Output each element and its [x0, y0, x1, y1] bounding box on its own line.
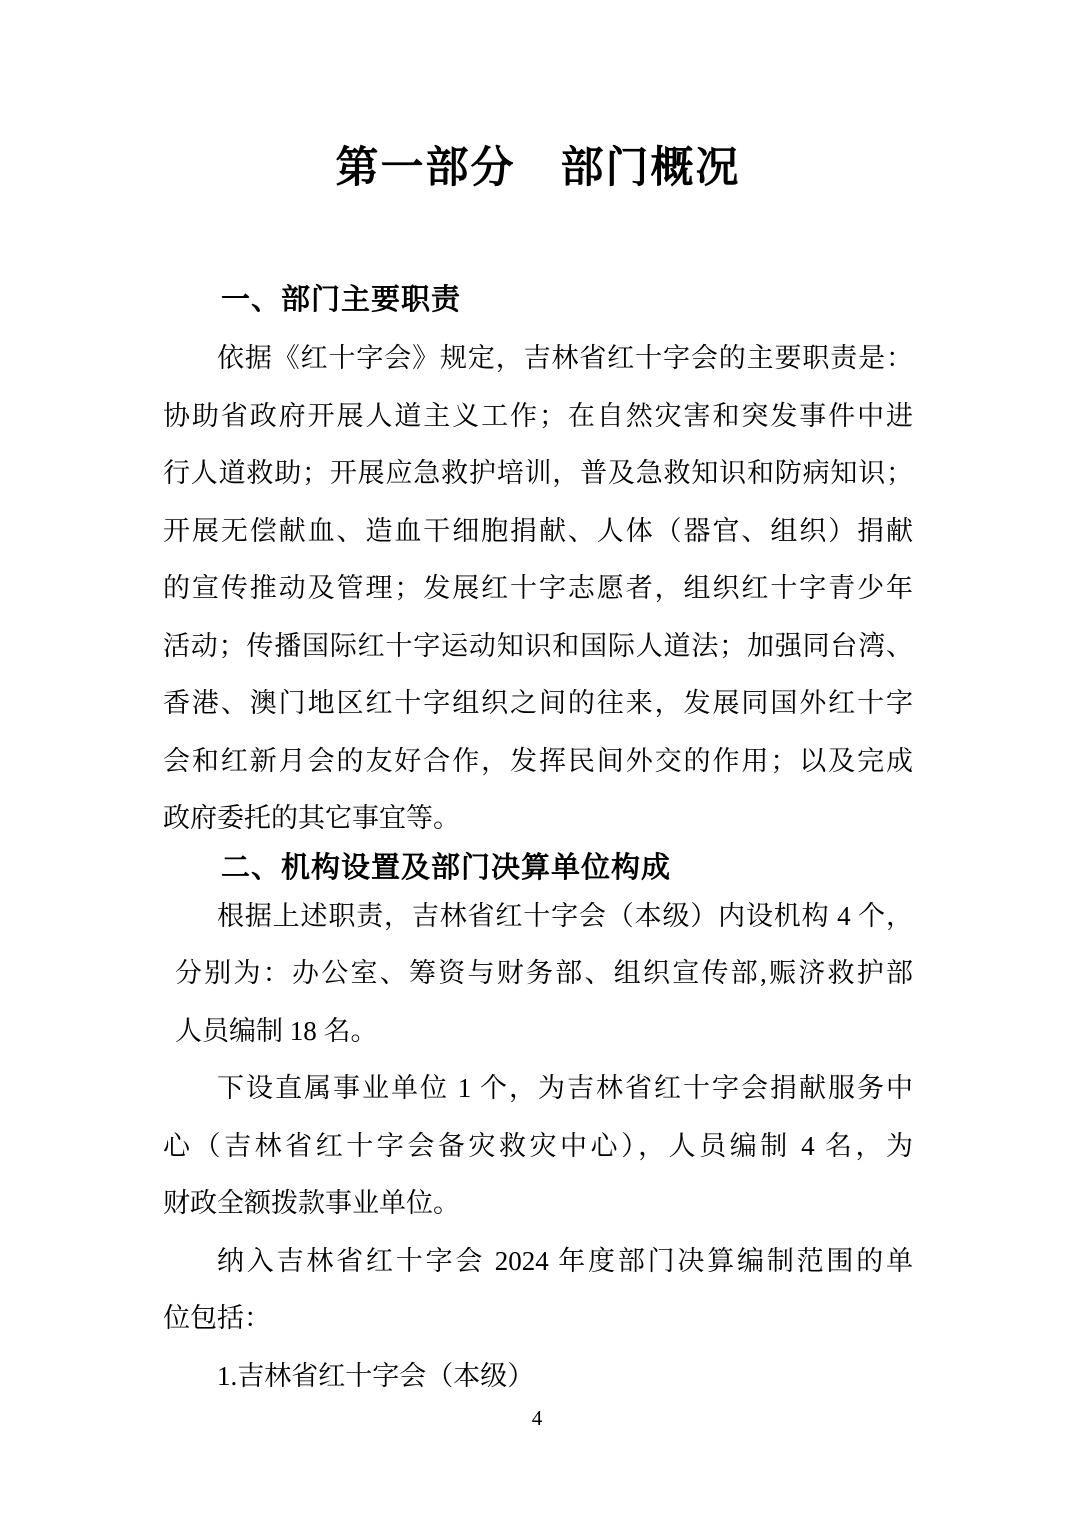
text-line: 根据上述职责，吉林省红十字会（本级）内设机构 4 个，: [163, 888, 913, 946]
text-line: 的宣传推动及管理；发展红十字志愿者，组织红十字青少年: [163, 560, 913, 618]
text-line: 香港、澳门地区红十字组织之间的往来，发展同国外红十字: [163, 675, 913, 733]
document-title: 第一部分 部门概况: [163, 140, 913, 196]
text-line: 政府委托的其它事宜等。: [163, 790, 913, 848]
text-line: 下设直属事业单位 1 个，为吉林省红十字会捐献服务中: [163, 1060, 913, 1118]
text-line: 心（吉林省红十字会备灾救灾中心），人员编制 4 名，为: [163, 1118, 913, 1176]
section-1-paragraph: 依据《红十字会》规定，吉林省红十字会的主要职责是： 协助省政府开展人道主义工作；…: [163, 330, 913, 848]
text-line: 财政全额拨款事业单位。: [163, 1175, 913, 1233]
text-line: 协助省政府开展人道主义工作；在自然灾害和突发事件中进: [163, 388, 913, 446]
text-line: 会和红新月会的友好合作，发挥民间外交的作用；以及完成: [163, 733, 913, 791]
text-line: 依据《红十字会》规定，吉林省红十字会的主要职责是：: [163, 330, 913, 388]
list-item-1: 1.吉林省红十字会（本级）: [163, 1348, 913, 1406]
section-1-heading: 一、部门主要职责: [163, 280, 913, 320]
section-2-heading: 二、机构设置及部门决算单位构成: [163, 848, 913, 888]
text-line: 人员编制 18 名。: [163, 1003, 913, 1061]
section-2-paragraph-1: 根据上述职责，吉林省红十字会（本级）内设机构 4 个， 分别为：办公室、筹资与财…: [163, 888, 913, 1061]
section-2-list: 1.吉林省红十字会（本级）: [163, 1348, 913, 1406]
text-line: 开展无偿献血、造血干细胞捐献、人体（器官、组织）捐献: [163, 503, 913, 561]
text-line: 位包括：: [163, 1290, 913, 1348]
page-number: 4: [0, 1404, 1074, 1432]
section-2-paragraph-3: 纳入吉林省红十字会 2024 年度部门决算编制范围的单 位包括：: [163, 1233, 913, 1348]
text-line: 纳入吉林省红十字会 2024 年度部门决算编制范围的单: [163, 1233, 913, 1291]
section-2-paragraph-2: 下设直属事业单位 1 个，为吉林省红十字会捐献服务中 心（吉林省红十字会备灾救灾…: [163, 1060, 913, 1233]
text-line: 行人道救助；开展应急救护培训，普及急救知识和防病知识；: [163, 445, 913, 503]
document-page: 第一部分 部门概况 一、部门主要职责 依据《红十字会》规定，吉林省红十字会的主要…: [0, 0, 1074, 1520]
text-line: 活动；传播国际红十字运动知识和国际人道法；加强同台湾、: [163, 618, 913, 676]
text-line: 分别为：办公室、筹资与财务部、组织宣传部,赈济救护部: [163, 945, 913, 1003]
